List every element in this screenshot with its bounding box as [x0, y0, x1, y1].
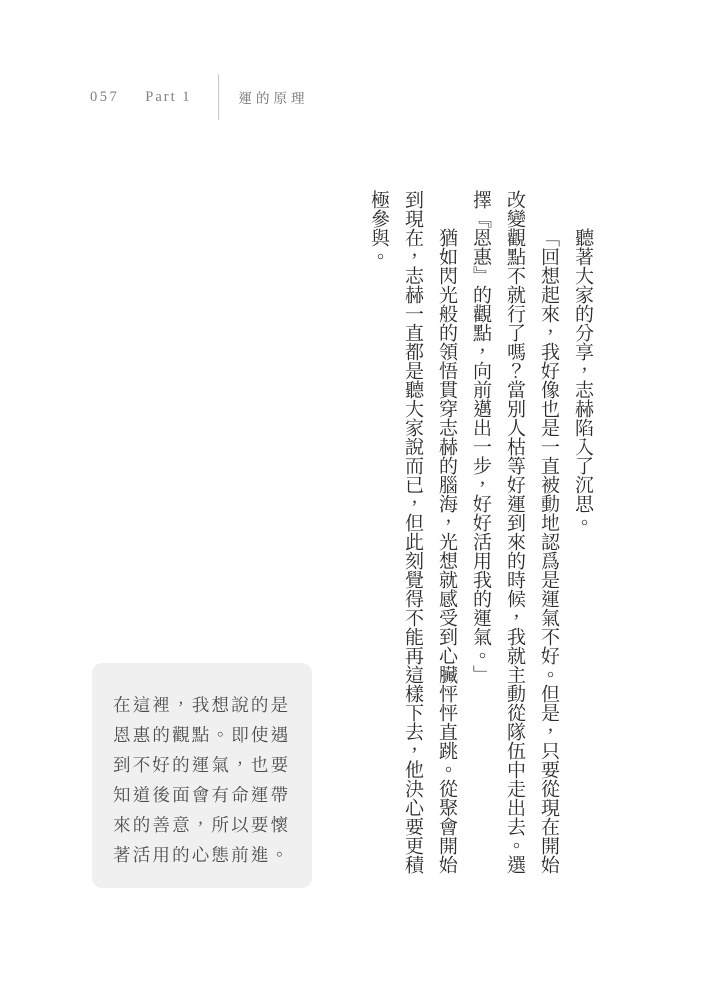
- header-divider: [218, 74, 219, 120]
- vertical-body-text: 聽著大家的分享，志赫陷入了沉思。 「回想起來，我好像也是一直被動地認爲是運氣不好…: [361, 190, 599, 885]
- part-label: Part 1: [145, 89, 191, 106]
- body-paragraph: 「回想起來，我好像也是一直被動地認爲是運氣不好。但是，只要從現在開始改變觀點不就…: [463, 190, 565, 885]
- callout-text: 在這裡，我想說的是恩惠的觀點。即使遇到不好的運氣，也要知道後面會有命運帶來的善意…: [113, 690, 292, 870]
- callout-box: 在這裡，我想說的是恩惠的觀點。即使遇到不好的運氣，也要知道後面會有命運帶來的善意…: [92, 663, 312, 888]
- chapter-title: 運的原理: [238, 87, 308, 107]
- body-paragraph: 猶如閃光般的領悟貫穿志赫的腦海，光想就感受到心臟怦怦直跳。從聚會開始到現在，志赫…: [361, 190, 463, 885]
- book-page: 057 Part 1 運的原理 聽著大家的分享，志赫陷入了沉思。 「回想起來，我…: [0, 0, 711, 1000]
- body-paragraph: 聽著大家的分享，志赫陷入了沉思。: [565, 190, 599, 885]
- page-number: 057: [90, 89, 119, 106]
- running-head: 057 Part 1 運的原理: [90, 74, 308, 120]
